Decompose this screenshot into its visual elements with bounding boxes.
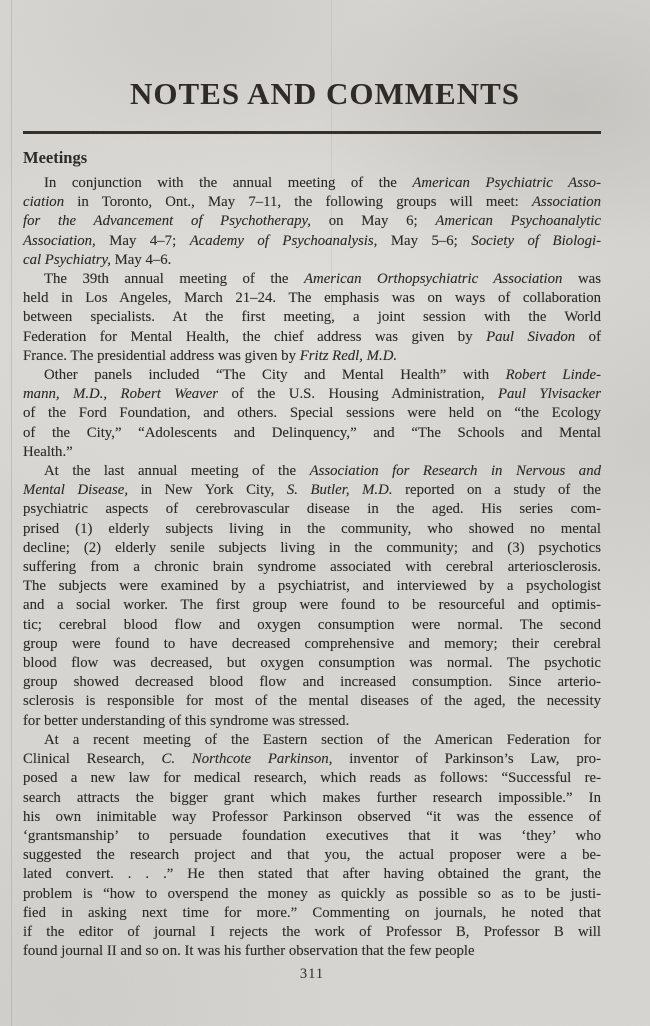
text-segment: prised (1) elderly subjects living in th… — [23, 521, 601, 537]
text-line: At the last annual meeting of the Associ… — [23, 462, 601, 481]
text-segment: lated convert. . . .” He then stated tha… — [23, 866, 601, 882]
text-line: cal Psychiatry, May 4–6. — [23, 251, 601, 270]
text-segment: posed a new law for medical research, wh… — [23, 770, 601, 786]
text-segment: and a social worker. The first group wer… — [23, 597, 601, 613]
text-line: Association, May 4–7; Academy of Psychoa… — [23, 232, 601, 251]
text-line: fied in asking next time for more.” Comm… — [23, 904, 601, 923]
text-segment: in New York City, — [128, 482, 287, 498]
paragraph: The 39th annual meeting of the American … — [23, 270, 601, 366]
text-line: decline; (2) elderly senile subjects liv… — [23, 539, 601, 558]
text-line: of the City,” “Adolescents and Delinquen… — [23, 424, 601, 443]
italic-text: American Psychoanalytic — [435, 213, 601, 229]
text-segment: on May 6; — [311, 213, 435, 229]
text-line: of the Ford Foundation, and others. Spec… — [23, 404, 601, 423]
text-segment: found journal II and so on. It was his f… — [23, 943, 475, 959]
text-line: The 39th annual meeting of the American … — [23, 270, 601, 289]
text-line: The subjects were examined by a psychiat… — [23, 577, 601, 596]
italic-text: American Psychiatric Asso- — [412, 175, 601, 191]
text-segment: if the editor of journal I rejects the w… — [23, 924, 601, 940]
page-title: NOTES AND COMMENTS — [0, 76, 650, 112]
text-segment: group showed decreased blood flow and in… — [23, 674, 601, 690]
text-segment: of — [575, 329, 601, 345]
italic-text: Robert Linde- — [506, 367, 601, 383]
italic-text: C. Northcote Parkinson, — [161, 751, 332, 767]
text-segment: suggested the research project and that … — [23, 847, 601, 863]
italic-text: Paul Sivadon — [486, 329, 575, 345]
text-segment: May 5–6; — [377, 233, 471, 249]
text-segment: search attracts the bigger grant which m… — [23, 790, 601, 806]
text-segment: Federation for Mental Health, the chief … — [23, 329, 486, 345]
text-line: and a social worker. The first group wer… — [23, 596, 601, 615]
text-segment: Other panels included “The City and Ment… — [44, 367, 506, 383]
text-line: psychiatric aspects of cerebrovascular d… — [23, 500, 601, 519]
text-line: tic; cerebral blood flow and oxygen cons… — [23, 616, 601, 635]
text-line: Clinical Research, C. Northcote Parkinso… — [23, 750, 601, 769]
text-line: his own inimitable way Professor Parkins… — [23, 808, 601, 827]
paragraph: At the last annual meeting of the Associ… — [23, 462, 601, 731]
text-segment: psychiatric aspects of cerebrovascular d… — [23, 501, 601, 517]
text-segment: suffering from a chronic brain syndrome … — [23, 559, 601, 575]
text-segment: At a recent meeting of the Eastern secti… — [44, 732, 601, 748]
text-segment: in Toronto, Ont., May 7–11, the followin… — [64, 194, 532, 210]
italic-text: American Orthopsychiatric Association — [304, 271, 562, 287]
text-segment: ‘grantsmanship’ to persuade foundation e… — [23, 828, 601, 844]
text-segment: decline; (2) elderly senile subjects liv… — [23, 540, 601, 556]
text-segment: of the City,” “Adolescents and Delinquen… — [23, 425, 601, 441]
italic-text: Mental Disease, — [23, 482, 128, 498]
text-segment: of the U.S. Housing Administration, — [218, 386, 498, 402]
article-body: In conjunction with the annual meeting o… — [23, 174, 601, 961]
italic-text: Society of Biologi- — [471, 233, 601, 249]
text-segment: reported on a study of the — [393, 482, 601, 498]
paragraph: Other panels included “The City and Ment… — [23, 366, 601, 462]
text-line: Mental Disease, in New York City, S. But… — [23, 481, 601, 500]
text-segment: between specialists. At the first meetin… — [23, 309, 601, 325]
text-line: for better understanding of this syndrom… — [23, 712, 601, 731]
text-line: for the Advancement of Psychotherapy, on… — [23, 212, 601, 231]
text-segment: France. The presidential address was giv… — [23, 348, 300, 364]
text-segment: The subjects were examined by a psychiat… — [23, 578, 601, 594]
text-segment: of the Ford Foundation, and others. Spec… — [23, 405, 601, 421]
page-number: 311 — [23, 966, 601, 983]
text-segment: his own inimitable way Professor Parkins… — [23, 809, 601, 825]
text-line: France. The presidential address was giv… — [23, 347, 601, 366]
text-segment: tic; cerebral blood flow and oxygen cons… — [23, 617, 601, 633]
text-segment: inventor of Parkinson’s Law, pro- — [332, 751, 601, 767]
text-line: Federation for Mental Health, the chief … — [23, 328, 601, 347]
text-segment: group were found to have decreased compr… — [23, 636, 601, 652]
text-line: group were found to have decreased compr… — [23, 635, 601, 654]
text-line: if the editor of journal I rejects the w… — [23, 923, 601, 942]
section-heading: Meetings — [23, 148, 87, 168]
italic-text: mann, M.D., Robert Weaver — [23, 386, 218, 402]
text-line: prised (1) elderly subjects living in th… — [23, 520, 601, 539]
title-rule — [23, 131, 601, 134]
text-segment: fied in asking next time for more.” Comm… — [23, 905, 601, 921]
text-line: posed a new law for medical research, wh… — [23, 769, 601, 788]
text-line: suffering from a chronic brain syndrome … — [23, 558, 601, 577]
italic-text: Association, — [23, 233, 96, 249]
text-line: blood flow was decreased, but oxygen con… — [23, 654, 601, 673]
text-line: between specialists. At the first meetin… — [23, 308, 601, 327]
italic-text: Fritz Redl, M.D. — [300, 348, 397, 364]
text-segment: sclerosis is responsible for most of the… — [23, 693, 601, 709]
text-segment: for better understanding of this syndrom… — [23, 713, 349, 729]
text-line: ‘grantsmanship’ to persuade foundation e… — [23, 827, 601, 846]
text-segment: blood flow was decreased, but oxygen con… — [23, 655, 601, 671]
text-line: search attracts the bigger grant which m… — [23, 789, 601, 808]
fold-line — [11, 0, 12, 1026]
text-line: mann, M.D., Robert Weaver of the U.S. Ho… — [23, 385, 601, 404]
page: NOTES AND COMMENTS Meetings In conjuncti… — [0, 0, 650, 1026]
text-line: Other panels included “The City and Ment… — [23, 366, 601, 385]
italic-text: Association — [532, 194, 601, 210]
text-line: group showed decreased blood flow and in… — [23, 673, 601, 692]
text-line: suggested the research project and that … — [23, 846, 601, 865]
text-line: problem is “how to overspend the money a… — [23, 885, 601, 904]
paragraph: In conjunction with the annual meeting o… — [23, 174, 601, 270]
text-segment: The 39th annual meeting of the — [44, 271, 304, 287]
text-segment: May 4–6. — [111, 252, 171, 268]
italic-text: Paul Ylvisacker — [498, 386, 601, 402]
text-line: found journal II and so on. It was his f… — [23, 942, 601, 961]
italic-text: cal Psychiatry, — [23, 252, 111, 268]
text-line: held in Los Angeles, March 21–24. The em… — [23, 289, 601, 308]
text-segment: was — [562, 271, 601, 287]
italic-text: Academy of Psychoanalysis, — [190, 233, 378, 249]
text-segment: At the last annual meeting of the — [44, 463, 310, 479]
italic-text: S. Butler, M.D. — [287, 482, 393, 498]
text-segment: May 4–7; — [96, 233, 190, 249]
text-line: At a recent meeting of the Eastern secti… — [23, 731, 601, 750]
text-segment: In conjunction with the annual meeting o… — [44, 175, 412, 191]
italic-text: ciation — [23, 194, 64, 210]
paragraph: At a recent meeting of the Eastern secti… — [23, 731, 601, 961]
text-line: Health.” — [23, 443, 601, 462]
text-line: sclerosis is responsible for most of the… — [23, 692, 601, 711]
text-segment: Clinical Research, — [23, 751, 161, 767]
text-line: ciation in Toronto, Ont., May 7–11, the … — [23, 193, 601, 212]
text-segment: problem is “how to overspend the money a… — [23, 886, 601, 902]
text-segment: held in Los Angeles, March 21–24. The em… — [23, 290, 601, 306]
text-line: In conjunction with the annual meeting o… — [23, 174, 601, 193]
italic-text: Association for Research in Nervous and — [310, 463, 601, 479]
text-line: lated convert. . . .” He then stated tha… — [23, 865, 601, 884]
text-segment: Health.” — [23, 444, 73, 460]
italic-text: for the Advancement of Psychotherapy, — [23, 213, 311, 229]
